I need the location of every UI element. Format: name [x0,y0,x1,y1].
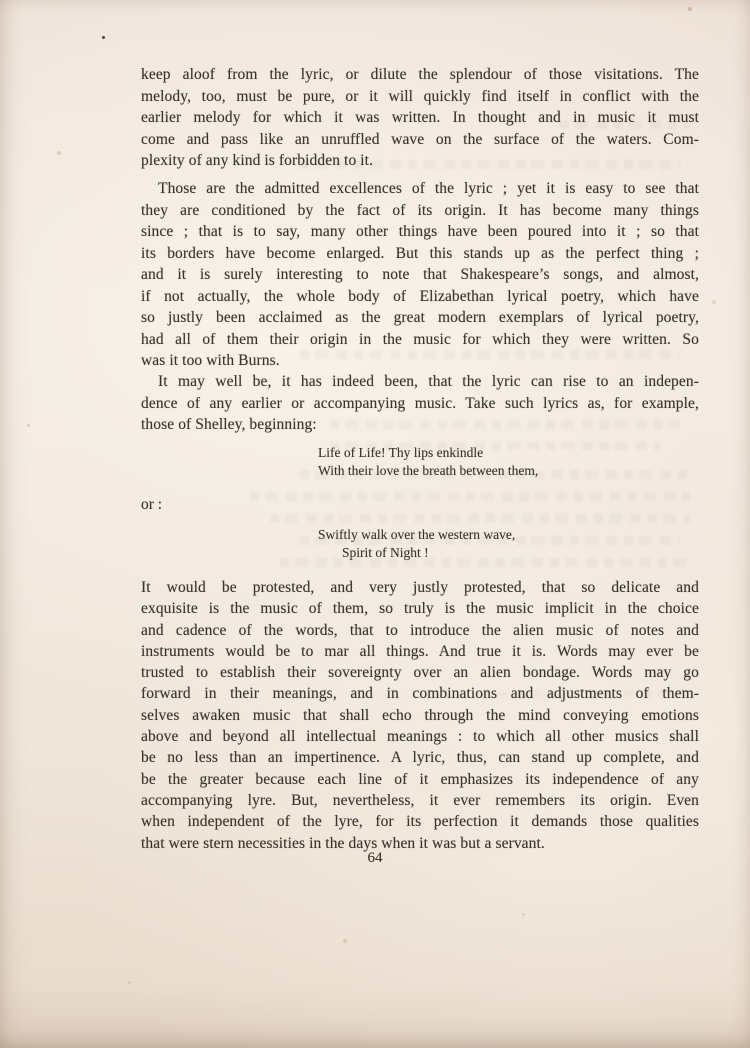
foxing-spot [712,300,716,304]
text-line: if not actually, the whole body of Eliza… [141,286,699,308]
page-number: 64 [0,850,750,867]
text-line: had all of them their origin in the musi… [141,329,699,351]
or-label: or : [141,496,162,514]
text-line: melody, too, must be pure, or it will qu… [141,86,699,108]
text-line: Swiftly walk over the western wave, [318,526,515,544]
book-page: keep aloof from the lyric, or dilute the… [0,0,750,1048]
paragraph-2: Those are the admitted excellences of th… [141,178,699,372]
verse-quote-shelley-1: Life of Life! Thy lips enkindleWith thei… [318,444,538,479]
paragraph-4: It would be protested, and very justly p… [141,577,699,854]
text-line: they are conditioned by the fact of its … [141,200,699,222]
text-line: earlier melody for which it was written.… [141,107,699,129]
show-through-text [270,514,690,523]
text-line: Life of Life! Thy lips enkindle [318,444,538,462]
text-line: It would be protested, and very justly p… [141,577,699,598]
text-line: its borders have become enlarged. But th… [141,243,699,265]
text-line: be no less than an impertinence. A lyric… [141,747,699,768]
foxing-spot [688,7,692,11]
foxing-spot [343,939,347,943]
foxing-spot [57,151,61,155]
foxing-spot [128,981,131,984]
verse-quote-shelley-2: Swiftly walk over the western wave,Spiri… [318,526,515,561]
text-line: be the greater because each line of it e… [141,769,699,790]
paragraph-3: It may well be, it has indeed been, that… [141,371,699,436]
text-line: accompanying lyre. But, nevertheless, it… [141,790,699,811]
paragraph-1: keep aloof from the lyric, or dilute the… [141,64,699,172]
text-line: forward in their meanings, and in combin… [141,683,699,704]
text-line: trusted to establish their sovereignty o… [141,662,699,683]
text-line: Those are the admitted excellences of th… [141,178,699,200]
text-line: was it too with Burns. [141,350,699,372]
text-line: instruments would be to mar all things. … [141,641,699,662]
text-line: so justly been acclaimed as the great mo… [141,307,699,329]
foxing-spot [27,424,30,427]
text-line: and it is surely interesting to note tha… [141,264,699,286]
text-line: those of Shelley, beginning: [141,414,699,436]
foxing-spot [102,36,105,39]
text-line: when independent of the lyre, for its pe… [141,811,699,832]
text-line: selves awaken music that shall echo thro… [141,705,699,726]
text-line: and cadence of the words, that to introd… [141,620,699,641]
text-line: above and beyond all intellectual meanin… [141,726,699,747]
show-through-text [250,492,690,501]
text-line: It may well be, it has indeed been, that… [141,371,699,393]
text-line: since ; that is to say, many other thing… [141,221,699,243]
foxing-spot [522,913,525,916]
text-line: With their love the breath between them, [318,462,538,480]
text-line: plexity of any kind is forbidden to it. [141,150,699,172]
text-line: come and pass like an unruffled wave on … [141,129,699,151]
text-line: dence of any earlier or accompanying mus… [141,393,699,415]
text-line: keep aloof from the lyric, or dilute the… [141,64,699,86]
text-line: Spirit of Night ! [318,544,515,562]
text-line: exquisite is the music of them, so truly… [141,598,699,619]
